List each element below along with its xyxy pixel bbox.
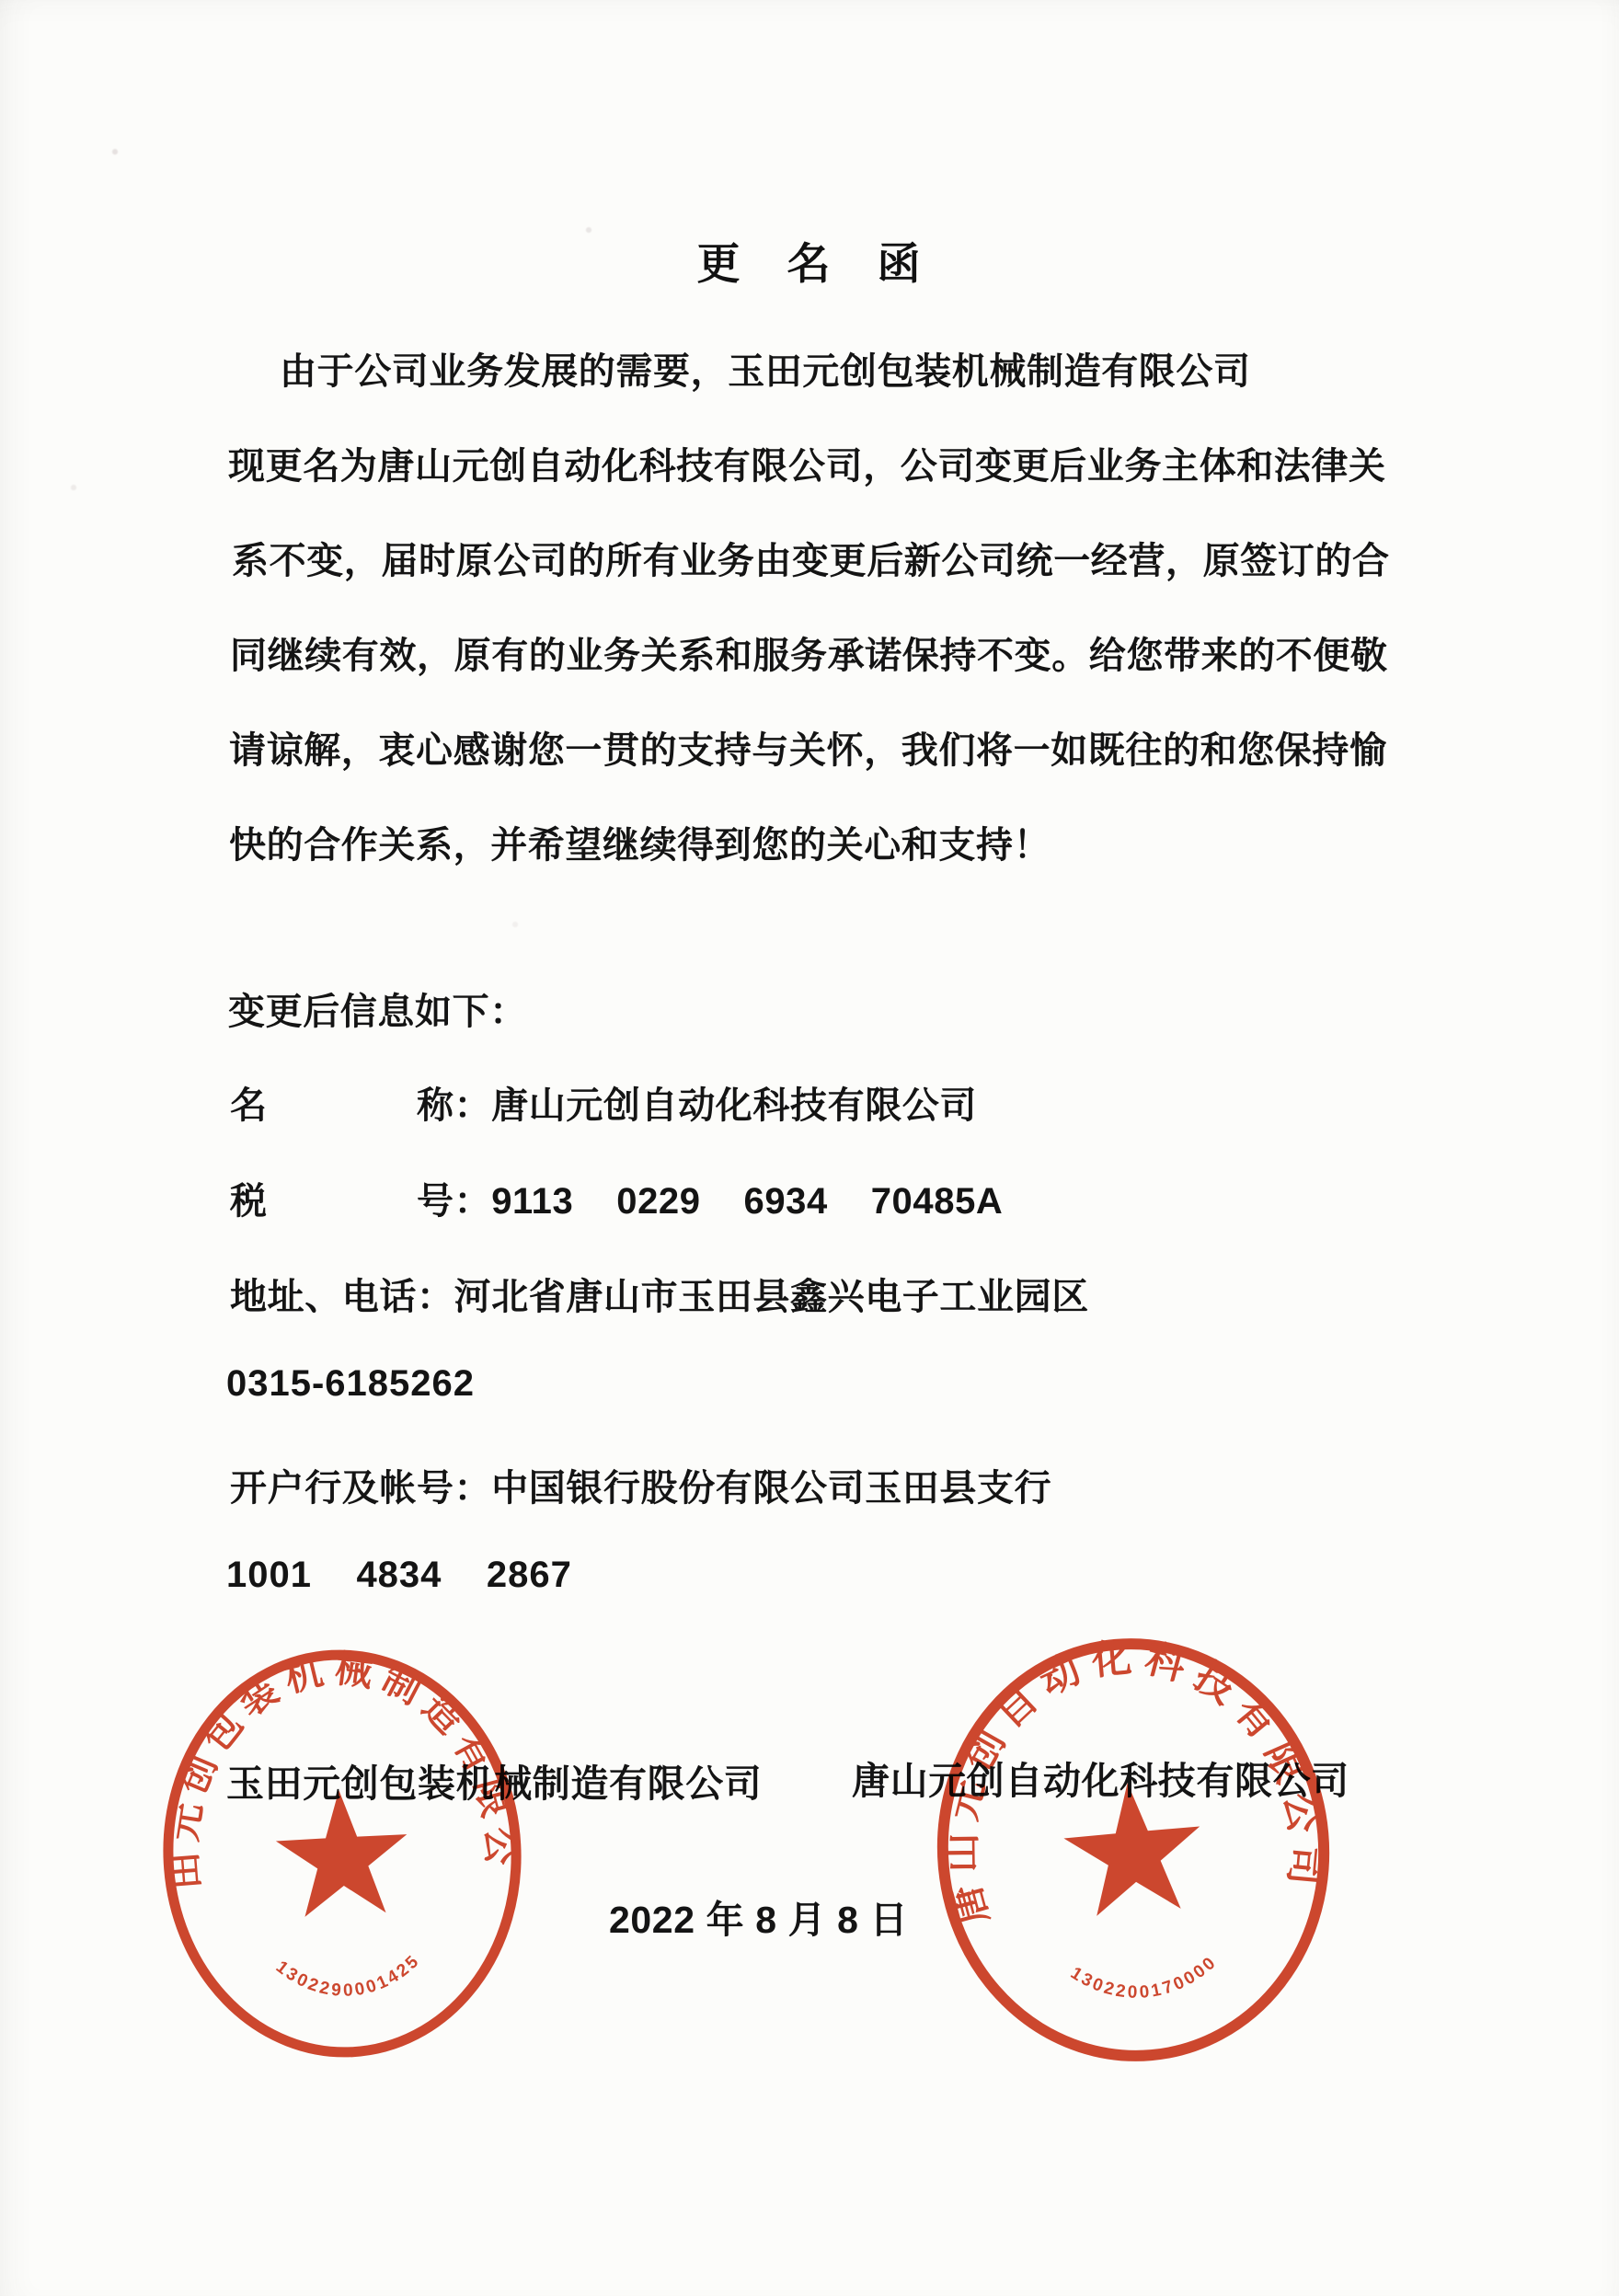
- star-icon: [273, 1786, 411, 1918]
- body-line-2: 现更名为唐山元创自动化科技有限公司，公司变更后业务主体和法律关: [228, 437, 1386, 489]
- body-line-1: 由于公司业务发展的需要，玉田元创包装机械制造有限公司: [280, 342, 1251, 395]
- seal-serial-new: 1302200170000: [1065, 1951, 1223, 2009]
- info-header: 变更后信息如下：: [228, 982, 527, 1035]
- info-tax-number: 税 号：9113 0229 6934 70485A: [230, 1172, 1003, 1224]
- letter-page: 更 名 函 由于公司业务发展的需要，玉田元创包装机械制造有限公司 现更名为唐山元…: [0, 0, 1619, 2296]
- info-phone-number: 0315-6185262: [226, 1363, 475, 1405]
- svg-text:1302290001425: 1302290001425: [271, 1950, 426, 2004]
- body-line-6: 快的合作关系，并希望继续得到您的关心和支持！: [229, 816, 1051, 868]
- svg-text:1302200170000: 1302200170000: [1065, 1951, 1223, 2009]
- star-icon: [1060, 1777, 1207, 1918]
- company-seal-old: 玉田元创包装机械制造有限公司 1302290001425: [145, 1634, 538, 2074]
- info-company-name: 名 称：唐山元创自动化科技有限公司: [230, 1076, 977, 1129]
- page-title: 更 名 函: [0, 230, 1619, 292]
- company-seal-new: 唐山元创自动化科技有限公司 1302200170000: [913, 1617, 1353, 2084]
- info-address: 地址、电话：河北省唐山市玉田县鑫兴电子工业园区: [230, 1268, 1089, 1320]
- info-account-number: 1001 4834 2867: [226, 1555, 572, 1596]
- seal-serial-old: 1302290001425: [271, 1950, 426, 2004]
- letter-date: 2022 年 8 月 8 日: [609, 1889, 908, 1944]
- info-bank: 开户行及帐号：中国银行股份有限公司玉田县支行: [230, 1459, 1051, 1511]
- body-line-3: 系不变，届时原公司的所有业务由变更后新公司统一经营，原签订的合: [232, 532, 1390, 584]
- body-line-4: 同继续有效，原有的业务关系和服务承诺保持不变。给您带来的不便敬: [230, 626, 1388, 679]
- body-line-5: 请谅解，衷心感谢您一贯的支持与关怀，我们将一如既往的和您保持愉: [229, 721, 1387, 774]
